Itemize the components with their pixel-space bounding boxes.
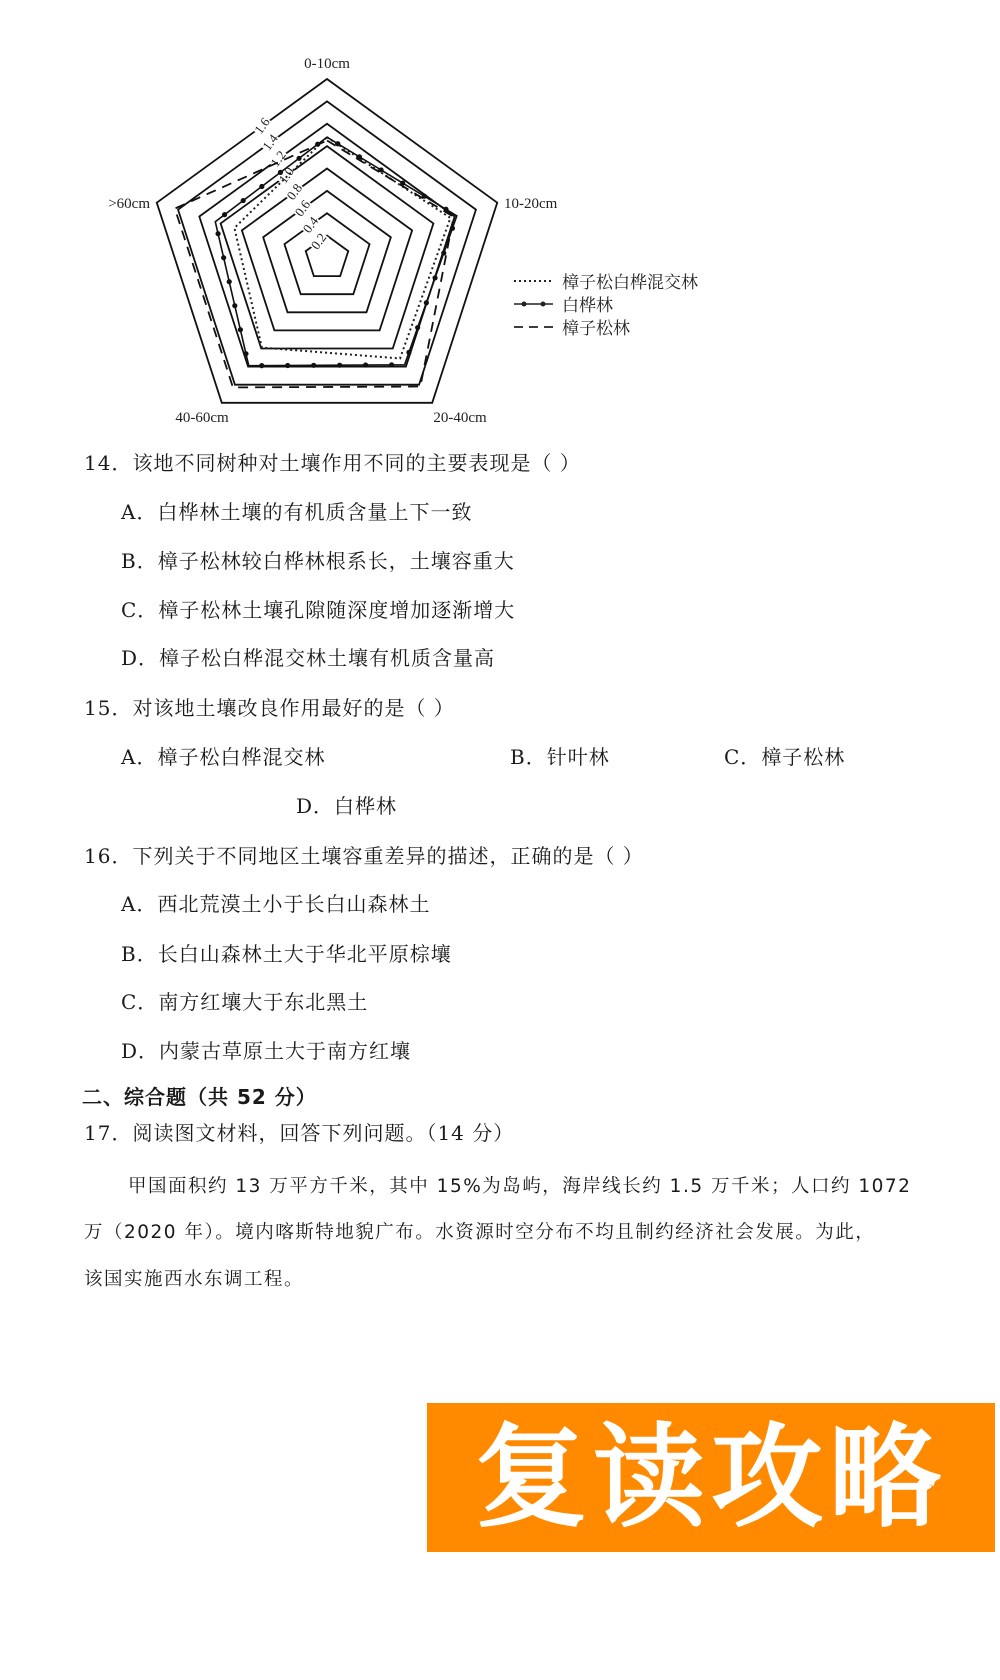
chart-legend: 樟子松白桦混交林 白桦林 樟子松林 <box>514 273 698 339</box>
question-14-option-a[interactable]: A．白桦林土壤的有机质含量上下一致 <box>121 500 472 524</box>
legend-label-mixed-forest: 樟子松白桦混交林 <box>562 273 698 293</box>
grid-ring <box>178 101 476 384</box>
legend-label-birch-forest: 白桦林 <box>562 296 613 316</box>
question-16: 16．下列关于不同地区土壤容重差异的描述，正确的是（ ） <box>84 844 644 868</box>
radar-series <box>175 137 457 387</box>
question-stem: 下列关于不同地区土壤容重差异的描述，正确的是（ ） <box>132 844 643 868</box>
material-paragraph-line-3: 该国实施西水东调工程。 <box>84 1265 304 1291</box>
question-14-option-d[interactable]: D．樟子松白桦混交林土壤有机质含量高 <box>121 646 495 670</box>
series-solid-with-dots <box>215 137 457 366</box>
watermark-banner: 复读攻略 <box>427 1403 995 1552</box>
question-14: 14．该地不同树种对土壤作用不同的主要表现是（ ） <box>84 451 581 475</box>
radar-ring-labels: 0.20.40.60.81.01.21.41.6 <box>251 114 330 252</box>
axis-label-3: 40-60cm <box>175 410 229 426</box>
question-number: 17． <box>84 1121 132 1145</box>
question-16-option-d[interactable]: D．内蒙古草原土大于南方红壤 <box>121 1039 411 1063</box>
question-16-option-a[interactable]: A．西北荒漠土小于长白山森林土 <box>121 892 430 916</box>
question-number: 15． <box>84 696 132 720</box>
question-number: 16． <box>84 844 132 868</box>
question-stem: 阅读图文材料，回答下列问题。（14 分） <box>132 1121 514 1145</box>
question-17: 17．阅读图文材料，回答下列问题。（14 分） <box>84 1121 514 1145</box>
axis-label-0: 0-10cm <box>304 56 350 72</box>
question-16-option-c[interactable]: C．南方红壤大于东北黑土 <box>121 990 368 1014</box>
section-heading: 二、综合题（共 52 分） <box>82 1081 317 1110</box>
question-15-option-c[interactable]: C．樟子松林 <box>724 745 845 769</box>
question-stem: 对该地土壤改良作用最好的是（ ） <box>132 696 454 720</box>
question-15: 15．对该地土壤改良作用最好的是（ ） <box>84 696 455 720</box>
grid-ring <box>284 213 369 294</box>
soil-radar-chart: 0.20.40.60.81.01.21.41.6 0-10cm10-20cm20… <box>0 0 760 440</box>
material-paragraph-line-1: 甲国面积约 13 万平方千米，其中 15%为岛屿，海岸线长约 1.5 万千米；人… <box>128 1172 911 1198</box>
question-stem: 该地不同树种对土壤作用不同的主要表现是（ ） <box>132 451 580 475</box>
axis-label-1: 10-20cm <box>504 196 558 212</box>
question-15-option-d[interactable]: D．白桦林 <box>296 794 397 818</box>
grid-ring <box>221 146 434 348</box>
banner-text: 复读攻略 <box>475 1422 947 1534</box>
question-15-option-b[interactable]: B．针叶林 <box>510 745 610 769</box>
axis-label-2: 20-40cm <box>433 410 487 426</box>
legend-label-pine-forest: 樟子松林 <box>562 319 630 339</box>
axis-label-4: >60cm <box>108 196 150 212</box>
question-number: 14． <box>84 451 132 475</box>
material-paragraph-line-2: 万（2020 年）。境内喀斯特地貌广布。水资源时空分布不均且制约经济社会发展。为… <box>84 1218 875 1244</box>
question-16-option-b[interactable]: B．长白山森林土大于华北平原棕壤 <box>121 942 452 966</box>
question-14-option-b[interactable]: B．樟子松林较白桦林根系长，土壤容重大 <box>121 549 515 573</box>
question-14-option-c[interactable]: C．樟子松林土壤孔隙随深度增加逐渐增大 <box>121 598 515 622</box>
question-15-option-a[interactable]: A．樟子松白桦混交林 <box>121 745 325 769</box>
